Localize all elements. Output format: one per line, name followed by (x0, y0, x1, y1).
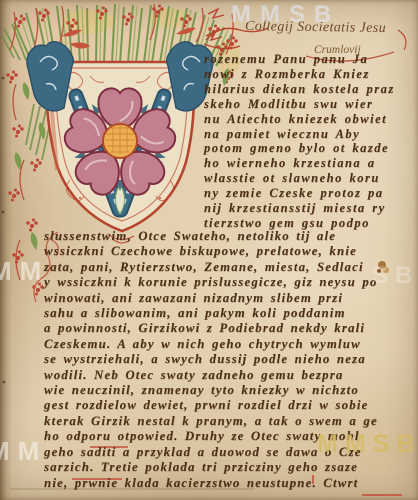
manuscript-page: Collegij Societatis Jesu Crumlovij U roz… (0, 0, 418, 500)
manuscript-line: wssiczkni Czechowe biskupowe, prelatowe,… (44, 244, 378, 259)
ink-blot (377, 261, 389, 273)
manuscript-line: Czeskemu. A aby w nich geho chytrych wym… (44, 337, 378, 352)
manuscript-line: nu Atiechto kniezek obwiet (204, 112, 395, 127)
manuscript-line: wodili. Neb Otec swaty zadneho gemu bezp… (44, 368, 378, 383)
manuscript-line: sahu a slibowanim, ani pakym koli poddan… (44, 306, 378, 321)
manuscript-line: ny zemie Czeske protoz pa (204, 186, 395, 201)
manuscript-line: slussenstwim, Otce Swateho, netoliko tij… (44, 229, 378, 244)
manuscript-line: zata, pani, Rytierzstwo, Zemane, miesta,… (44, 260, 378, 275)
ownership-inscription: Collegij Societatis Jesu (245, 19, 386, 37)
manuscript-line: y wssiczkni k korunie prislussegicze, gi… (44, 275, 378, 290)
manuscript-line: wie neuczinil, znamenay tyto kniezky w n… (44, 383, 378, 398)
manuscript-line: wlasstie ot slawneho koru (204, 171, 395, 186)
sewing-holes (2, 77, 6, 384)
manuscript-line: geho saditi a przyklad a duowod se dawa … (44, 445, 378, 460)
manuscript-line: hilarius diekan kostela praz (204, 82, 395, 97)
manuscript-line: nowi z Rozmberka Kniez (204, 67, 395, 82)
manuscript-line: nij krzestiansstij miesta ry (204, 201, 395, 216)
manuscript-line: skeho Modlitbu swu wier (204, 97, 395, 112)
manuscript-line: gest rozdielow dewiet, prwni rozdiel drz… (44, 398, 378, 413)
manuscript-line: potom gmeno bylo ot kazde (204, 141, 395, 156)
manuscript-line: se wystrziehali, a swych dussij podle ni… (44, 352, 378, 367)
manuscript-line: ho odporu otpowied. Druhy ze Otec swaty … (44, 429, 378, 444)
manuscript-line: rozenemu Panu panu Ja (204, 52, 395, 67)
manuscript-line: na pamiet wiecznu Aby (204, 127, 395, 142)
manuscript-line: sarzich. Tretie poklada tri przicziny ge… (44, 460, 378, 475)
manuscript-line: ho wierneho krzestiana a (204, 156, 395, 171)
manuscript-line: nie, prwnie klada kacierzstwo neustupne.… (44, 476, 378, 491)
text-column-beside-initial: rozenemu Panu panu Ja nowi z Rozmberka K… (204, 52, 395, 231)
manuscript-line: a powinnosti, Girzikowi z Podiebrad nekd… (44, 321, 378, 336)
illuminated-initial (27, 42, 213, 231)
manuscript-line: kterak Girzik nestal k pranym, a tak o s… (44, 414, 378, 429)
text-block-full-width: slussenstwim, Otce Swateho, netoliko tij… (44, 229, 378, 491)
manuscript-line: winowati, ani zawazani nizadnym slibem p… (44, 291, 378, 306)
